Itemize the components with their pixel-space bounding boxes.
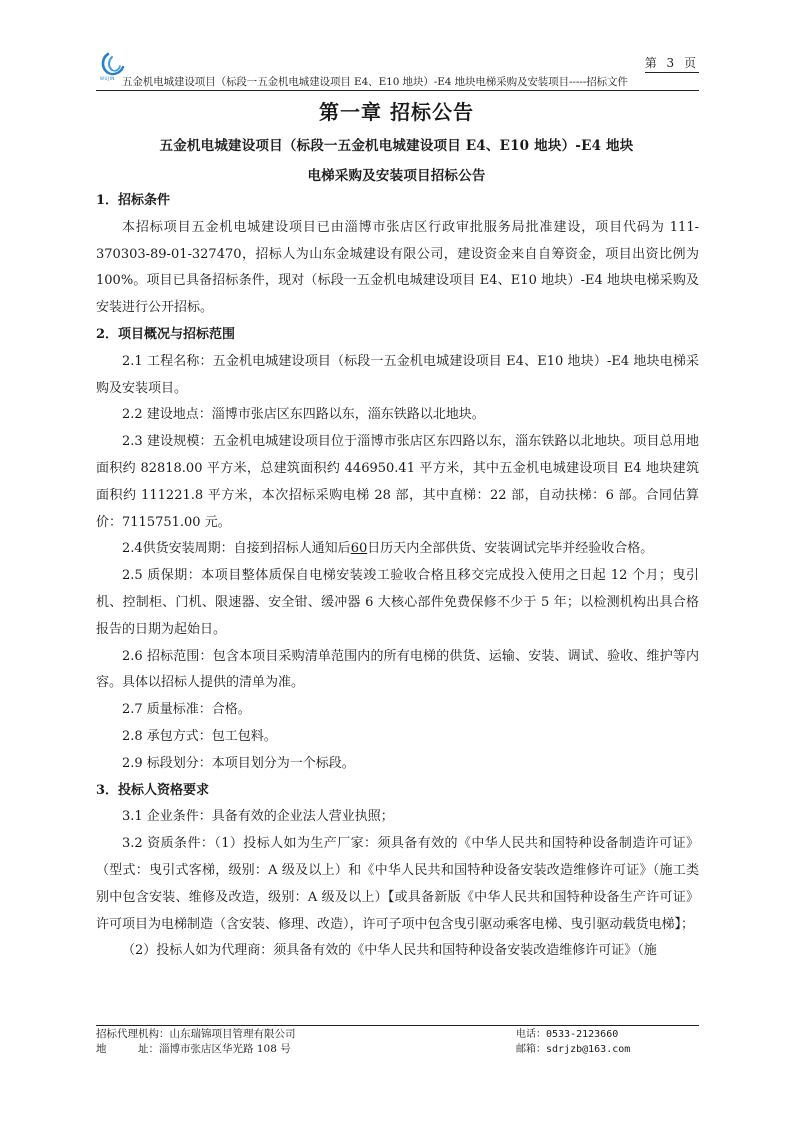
address-info: 地 址：淄博市张店区华光路 108 号	[96, 1042, 291, 1057]
agency-label: 招标代理机构：	[96, 1028, 170, 1040]
chapter-title: 第一章 招标公告	[0, 96, 793, 125]
paragraph-qualification-conditions: 3.2 资质条件：（1）投标人如为生产厂家：须具备有效的《中华人民共和国特种设备…	[96, 831, 699, 938]
phone-value: 0533-2123660	[546, 1029, 618, 1040]
paragraph-enterprise-conditions: 3.1 企业条件：具备有效的企业法人营业执照；	[96, 804, 699, 831]
paragraph-tender-conditions: 本招标项目五金机电城建设项目已由淄博市张店区行政审批服务局批准建设，项目代码为 …	[96, 215, 699, 322]
logo-text: WUJIN	[100, 76, 115, 81]
supply-period-suffix: 日历天内全部供货、安装调试完毕并经验收合格。	[367, 541, 653, 556]
paragraph-contract-method: 2.8 承包方式：包工包料。	[96, 724, 699, 751]
footer-divider	[96, 1025, 699, 1026]
announcement-title-line-2: 电梯采购及安装项目招标公告	[0, 164, 793, 184]
header-document-title: 五金机电城建设项目（标段一五金机电城建设项目 E4、E10 地块）-E4 地块电…	[122, 74, 628, 89]
email-label: 邮箱：	[516, 1044, 546, 1055]
paragraph-agent-conditions: （2）投标人如为代理商：须具备有效的《中华人民共和国特种设备安装改造维修许可证》…	[96, 938, 699, 965]
page-number: 第 3 页	[645, 54, 699, 73]
paragraph-project-name: 2.1 工程名称：五金机电城建设项目（标段一五金机电城建设项目 E4、E10 地…	[96, 349, 699, 403]
phone-info: 电话：0533-2123660	[516, 1027, 618, 1042]
paragraph-location: 2.2 建设地点：淄博市张店区东四路以东，淄东铁路以北地块。	[96, 402, 699, 429]
paragraph-lot-division: 2.9 标段划分：本项目划分为一个标段。	[96, 751, 699, 778]
address-value: 淄博市张店区华光路 108 号	[159, 1043, 291, 1055]
document-page: WUJIN 五金机电城建设项目（标段一五金机电城建设项目 E4、E10 地块）-…	[0, 0, 793, 1122]
paragraph-quality: 2.7 质量标准：合格。	[96, 697, 699, 724]
section-heading-project-overview: 2．项目概况与招标范围	[96, 322, 699, 349]
agency-value: 山东瑞锦项目管理有限公司	[170, 1028, 296, 1040]
footer-row-address: 地 址：淄博市张店区华光路 108 号 邮箱：sdrjzb@163.com	[96, 1042, 699, 1057]
email-value[interactable]: sdrjzb@163.com	[546, 1044, 630, 1055]
page-header: WUJIN 五金机电城建设项目（标段一五金机电城建设项目 E4、E10 地块）-…	[96, 50, 699, 90]
email-info: 邮箱：sdrjzb@163.com	[516, 1042, 630, 1057]
supply-period-days: 60	[351, 541, 368, 556]
agency-info: 招标代理机构：山东瑞锦项目管理有限公司	[96, 1027, 296, 1042]
document-body: 1．招标条件 本招标项目五金机电城建设项目已由淄博市张店区行政审批服务局批准建设…	[96, 188, 699, 965]
paragraph-supply-period: 2.4供货安装周期：自接到招标人通知后60日历天内全部供货、安装调试完毕并经验收…	[96, 536, 699, 563]
announcement-title-line-1: 五金机电城建设项目（标段一五金机电城建设项目 E4、E10 地块）-E4 地块	[0, 134, 793, 154]
section-heading-tender-conditions: 1．招标条件	[96, 188, 699, 215]
paragraph-warranty: 2.5 质保期：本项目整体质保自电梯安装竣工验收合格且移交完成投入使用之日起 1…	[96, 563, 699, 643]
header-divider	[96, 90, 699, 91]
paragraph-scale: 2.3 建设规模：五金机电城建设项目位于淄博市张店区东四路以东，淄东铁路以北地块…	[96, 429, 699, 536]
page-footer: 招标代理机构：山东瑞锦项目管理有限公司 电话：0533-2123660 地 址：…	[96, 1027, 699, 1057]
section-heading-bidder-qualifications: 3．投标人资格要求	[96, 778, 699, 805]
address-label: 地 址：	[96, 1043, 159, 1055]
footer-row-agency: 招标代理机构：山东瑞锦项目管理有限公司 电话：0533-2123660	[96, 1027, 699, 1042]
paragraph-scope: 2.6 招标范围：包含本项目采购清单范围内的所有电梯的供货、运输、安装、调试、验…	[96, 644, 699, 698]
phone-label: 电话：	[516, 1029, 546, 1040]
supply-period-prefix: 2.4供货安装周期：自接到招标人通知后	[122, 541, 351, 556]
